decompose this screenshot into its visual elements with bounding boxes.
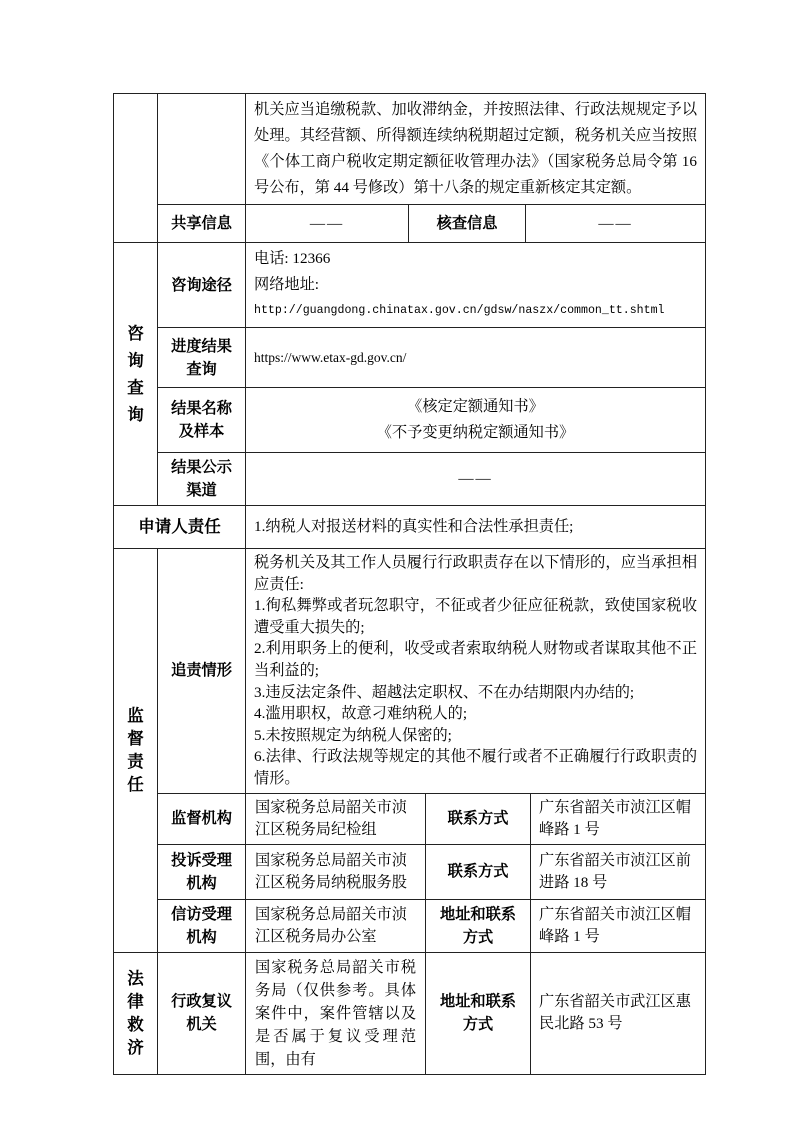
applicant-duty-label: 申请人责任 <box>114 506 246 549</box>
complaint-contact-value: 广东省韶关市浈江区前进路 18 号 <box>531 845 706 900</box>
petition-org-name: 国家税务总局韶关市浈江区税务局办公室 <box>246 900 426 953</box>
consult-channel-label: 咨询途径 <box>158 243 246 328</box>
accountability-content: 税务机关及其工作人员履行行政职责存在以下情形的，应当承担相应责任: 1.徇私舞弊… <box>246 549 706 794</box>
result-doc-1: 《核定定额通知书》 <box>254 394 697 420</box>
applicant-duty-text: 1.纳税人对报送材料的真实性和合法性承担责任; <box>246 506 706 549</box>
review-contact-label: 地址和联系方式 <box>426 953 531 1075</box>
legal-group-label-cell: 法律救济 <box>114 953 158 1075</box>
check-info-label: 核查信息 <box>409 205 526 243</box>
review-contact-value: 广东省韶关市武江区惠民北路 53 号 <box>531 953 706 1075</box>
continuation-text: 机关应当追缴税款、加收滞纳金，并按照法律、行政法规规定予以处理。其经营额、所得额… <box>246 94 706 205</box>
check-info-value: —— <box>526 205 706 243</box>
petition-contact-label: 地址和联系方式 <box>426 900 531 953</box>
supervisor-org-name: 国家税务总局韶关市浈江区税务局纪检组 <box>246 794 426 845</box>
list-line: 3.违反法定条件、超越法定职权、不在办结期限内办结的; <box>254 682 697 704</box>
row-accountability: 追责情形 税务机关及其工作人员履行行政职责存在以下情形的，应当承担相应责任: 1… <box>158 549 706 794</box>
consult-group-label-cell: 咨询查询 <box>114 243 158 506</box>
list-line: 6.法律、行政法规等规定的其他不履行或者不正确履行行政职责的情形。 <box>254 746 697 789</box>
progress-query-label: 进度结果查询 <box>158 328 246 388</box>
supervisor-org-label: 监督机构 <box>158 794 246 845</box>
shared-info-label: 共享信息 <box>158 205 246 243</box>
supervisor-contact-label: 联系方式 <box>426 794 531 845</box>
service-guide-table: 机关应当追缴税款、加收滞纳金，并按照法律、行政法规规定予以处理。其经营额、所得额… <box>113 93 706 1075</box>
group-label-empty-cell <box>114 94 158 243</box>
consult-channel-content: 电话: 12366 网络地址: http://guangdong.chinata… <box>246 243 706 328</box>
row-consult-channel: 咨询途径 电话: 12366 网络地址: http://guangdong.ch… <box>158 243 706 328</box>
supervision-group-label: 监督责任 <box>127 704 144 796</box>
list-line: 2.利用职务上的便利，收受或者索取纳税人财物或者谋取其他不正当利益的; <box>254 638 697 681</box>
group-supervision-duty: 监督责任 追责情形 税务机关及其工作人员履行行政职责存在以下情形的，应当承担相应… <box>114 549 706 953</box>
row-review-org: 行政复议机关 国家税务总局韶关市税务局（仅供参考。具体案件中，案件管辖以及是否属… <box>158 953 706 1075</box>
accountability-intro: 税务机关及其工作人员履行行政职责存在以下情形的，应当承担相应责任: <box>254 552 697 595</box>
supervision-group-label-cell: 监督责任 <box>114 549 158 953</box>
complaint-contact-label: 联系方式 <box>426 845 531 900</box>
petition-contact-value: 广东省韶关市浈江区帽峰路 1 号 <box>531 900 706 953</box>
result-name-label: 结果名称及样本 <box>158 388 246 453</box>
row-supervisor-org: 监督机构 国家税务总局韶关市浈江区税务局纪检组 联系方式 广东省韶关市浈江区帽峰… <box>158 794 706 845</box>
legal-group-label: 法律救济 <box>127 967 144 1059</box>
review-org-name: 国家税务总局韶关市税务局（仅供参考。具体案件中，案件管辖以及是否属于复议受理范围… <box>246 953 426 1075</box>
shared-info-value: —— <box>246 205 409 243</box>
document-page: 机关应当追缴税款、加收滞纳金，并按照法律、行政法规规定予以处理。其经营额、所得额… <box>0 0 793 1122</box>
row-result-name: 结果名称及样本 《核定定额通知书》 《不予变更纳税定额通知书》 <box>158 388 706 453</box>
consult-web-url: http://guangdong.chinatax.gov.cn/gdsw/na… <box>254 298 697 324</box>
result-publicity-value: —— <box>246 453 706 506</box>
list-line: 5.未按照规定为纳税人保密的; <box>254 725 697 747</box>
list-line: 1.徇私舞弊或者玩忽职守，不征或者少征应征税款，致使国家税收遭受重大损失的; <box>254 595 697 638</box>
row-complaint-org: 投诉受理机构 国家税务总局韶关市浈江区税务局纳税服务股 联系方式 广东省韶关市浈… <box>158 845 706 900</box>
progress-query-url: https://www.etax-gd.gov.cn/ <box>246 328 706 388</box>
accountability-label: 追责情形 <box>158 549 246 794</box>
consult-group-label: 咨询查询 <box>127 320 144 428</box>
row-label-empty-cell <box>158 94 246 205</box>
row-applicant-duty: 申请人责任 1.纳税人对报送材料的真实性和合法性承担责任; <box>114 506 706 549</box>
group-legal-remedy: 法律救济 行政复议机关 国家税务总局韶关市税务局（仅供参考。具体案件中，案件管辖… <box>114 953 706 1075</box>
row-petition-org: 信访受理机构 国家税务总局韶关市浈江区税务局办公室 地址和联系方式 广东省韶关市… <box>158 900 706 953</box>
review-org-label: 行政复议机关 <box>158 953 246 1075</box>
result-name-content: 《核定定额通知书》 《不予变更纳税定额通知书》 <box>246 388 706 453</box>
result-doc-2: 《不予变更纳税定额通知书》 <box>254 420 697 446</box>
consult-phone: 电话: 12366 <box>254 246 697 272</box>
petition-org-label: 信访受理机构 <box>158 900 246 953</box>
group-consult-query: 咨询查询 咨询途径 电话: 12366 网络地址: http://guangdo… <box>114 243 706 506</box>
group-continuation: 机关应当追缴税款、加收滞纳金，并按照法律、行政法规规定予以处理。其经营额、所得额… <box>114 94 706 243</box>
row-shared-info: 共享信息 —— 核查信息 —— <box>158 205 706 243</box>
row-progress-query: 进度结果查询 https://www.etax-gd.gov.cn/ <box>158 328 706 388</box>
accountability-items: 1.徇私舞弊或者玩忽职守，不征或者少征应征税款，致使国家税收遭受重大损失的;2.… <box>254 595 697 789</box>
list-line: 4.滥用职权，故意刁难纳税人的; <box>254 703 697 725</box>
row-result-publicity: 结果公示渠道 —— <box>158 453 706 506</box>
result-publicity-label: 结果公示渠道 <box>158 453 246 506</box>
supervisor-contact-value: 广东省韶关市浈江区帽峰路 1 号 <box>531 794 706 845</box>
row-continuation-text: 机关应当追缴税款、加收滞纳金，并按照法律、行政法规规定予以处理。其经营额、所得额… <box>158 94 706 205</box>
complaint-org-label: 投诉受理机构 <box>158 845 246 900</box>
consult-web-label: 网络地址: <box>254 272 697 298</box>
complaint-org-name: 国家税务总局韶关市浈江区税务局纳税服务股 <box>246 845 426 900</box>
